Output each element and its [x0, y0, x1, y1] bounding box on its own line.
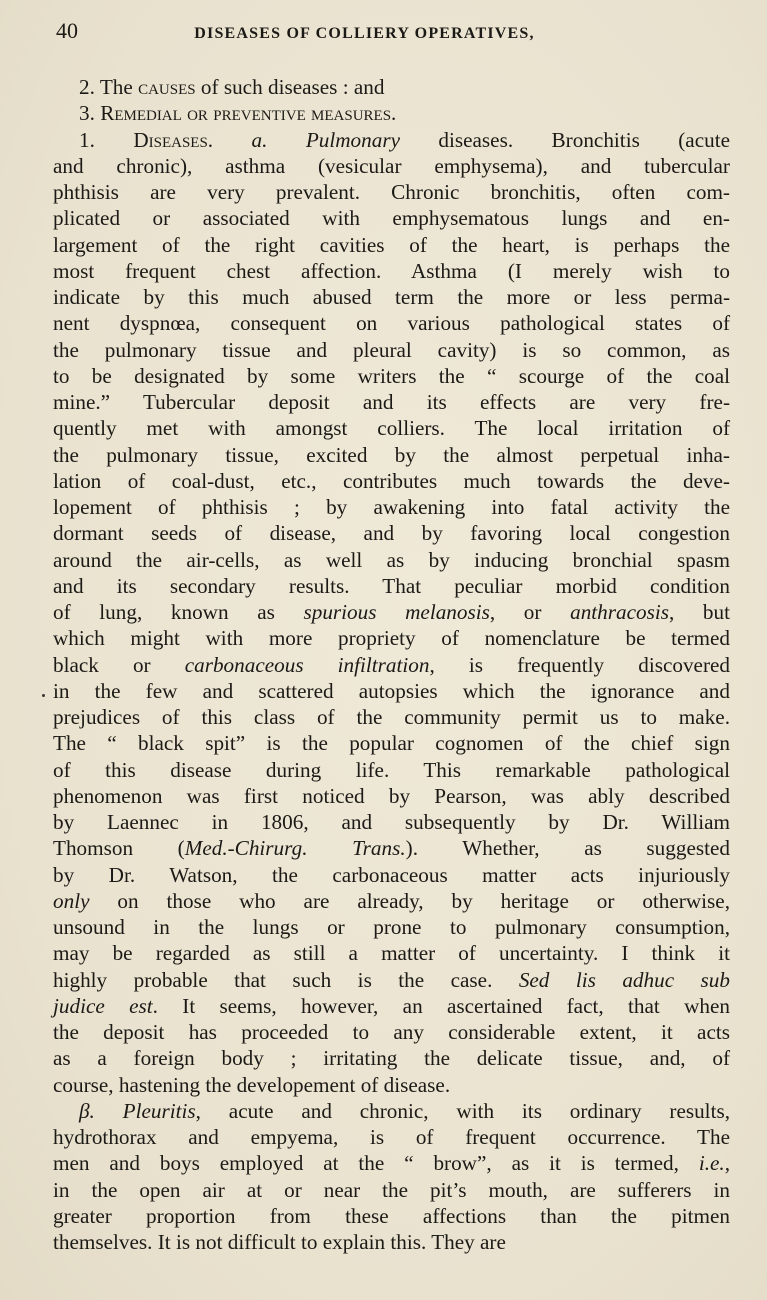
text-line: and chronic), asthma (vesicular emphysem… [53, 153, 730, 179]
text-line: the pulmonary tissue, excited by the alm… [53, 442, 730, 468]
book-page: 40 DISEASES OF COLLIERY OPERATIVES, 2. T… [0, 0, 767, 1300]
list-item-measures: 3. Remedial or preventive measures. [53, 100, 730, 126]
text-line: phenomenon was first noticed by Pearson,… [53, 783, 730, 809]
text-line: unsound in the lungs or prone to pulmona… [53, 914, 730, 940]
text-line: Thomson (Med.-Chirurg. Trans.). Whether,… [53, 835, 730, 861]
text-line: indicate by this much abused term the mo… [53, 284, 730, 310]
text-line: course, hastening the developement of di… [53, 1072, 730, 1098]
text-line: in the open air at or near the pit’s mou… [53, 1177, 730, 1203]
text-line: highly probable that such is the case. S… [53, 967, 730, 993]
text-line: phthisis are very prevalent. Chronic bro… [53, 179, 730, 205]
text-line: β. Pleuritis, acute and chronic, with it… [53, 1098, 730, 1124]
running-head: 40 DISEASES OF COLLIERY OPERATIVES, [56, 18, 597, 48]
text-line: mine.” Tubercular deposit and its effect… [53, 389, 730, 415]
text-line: hydrothorax and empyema, is of frequent … [53, 1124, 730, 1150]
text-line: plicated or associated with emphysematou… [53, 205, 730, 231]
text-line: black or carbonaceous infiltration, is f… [53, 652, 730, 678]
stray-ink-mark [42, 694, 45, 697]
text-line: which might with more propriety of nomen… [53, 625, 730, 651]
text-line: of lung, known as spurious melanosis, or… [53, 599, 730, 625]
text-line: nent dyspnœa, consequent on various path… [53, 310, 730, 336]
text-line: by Laennec in 1806, and subsequently by … [53, 809, 730, 835]
list-item-causes: 2. The causes of such diseases : and [53, 74, 730, 100]
text-line: The “ black spit” is the popular cognome… [53, 730, 730, 756]
text-line: judice est. It seems, however, an ascert… [53, 993, 730, 1019]
text-line: only on those who are already, by herita… [53, 888, 730, 914]
text-line: men and boys employed at the “ brow”, as… [53, 1150, 730, 1176]
text-line: as a foreign body ; irritating the delic… [53, 1045, 730, 1071]
text-line: largement of the right cavities of the h… [53, 232, 730, 258]
text-line: prejudices of this class of the communit… [53, 704, 730, 730]
text-line: in the few and scattered autopsies which… [53, 678, 730, 704]
text-line: lopement of phthisis ; by awakening into… [53, 494, 730, 520]
text-line: most frequent chest affection. Asthma (I… [53, 258, 730, 284]
text-line: of this disease during life. This remark… [53, 757, 730, 783]
page-number: 40 [56, 18, 96, 44]
text-line: to be designated by some writers the “ s… [53, 363, 730, 389]
body-text: 2. The causes of such diseases : and 3. … [53, 74, 730, 1255]
text-line: may be regarded as still a matter of unc… [53, 940, 730, 966]
text-line: themselves. It is not difficult to expla… [53, 1229, 730, 1255]
text-line: around the air-cells, as well as by indu… [53, 547, 730, 573]
text-line: the deposit has proceeded to any conside… [53, 1019, 730, 1045]
text-line: greater proportion from these affections… [53, 1203, 730, 1229]
text-line: lation of coal-dust, etc., contributes m… [53, 468, 730, 494]
text-line: quently met with amongst colliers. The l… [53, 415, 730, 441]
text-line: the pulmonary tissue and pleural cavity)… [53, 337, 730, 363]
text-line: 1. Diseases. a. Pulmonary diseases. Bron… [53, 127, 730, 153]
paragraph-lines: 1. Diseases. a. Pulmonary diseases. Bron… [53, 127, 730, 1256]
text-line: by Dr. Watson, the carbonaceous matter a… [53, 862, 730, 888]
text-line: and its secondary results. That peculiar… [53, 573, 730, 599]
text-line: dormant seeds of disease, and by favorin… [53, 520, 730, 546]
running-title: DISEASES OF COLLIERY OPERATIVES, [132, 25, 597, 43]
